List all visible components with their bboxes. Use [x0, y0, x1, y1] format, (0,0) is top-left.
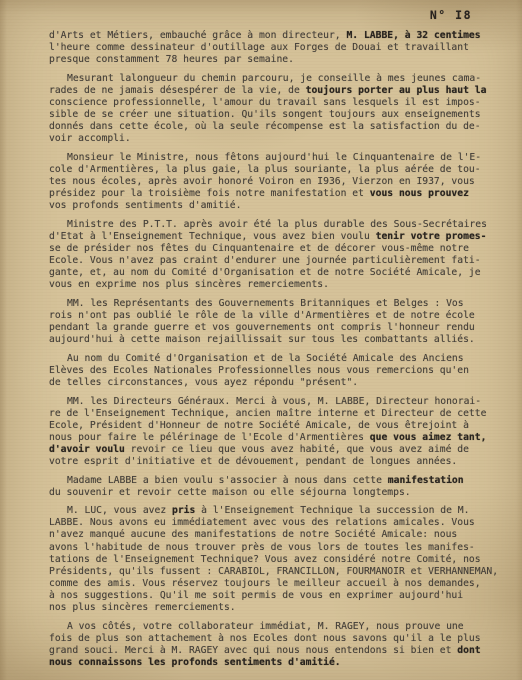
paragraph: Monsieur le Ministre, nous fêtons aujour…: [49, 152, 511, 212]
emphasized-text: nous connaissons les profonds sentiments…: [49, 657, 341, 668]
paragraph: Madame LABBE a bien voulu s'associer à n…: [49, 475, 511, 499]
emphasized-text: manifestation: [388, 475, 464, 486]
emphasized-text: M. LABBE, à 32 centimes: [346, 30, 480, 41]
document-page: N° I8 d'Arts et Métiers, embauché grâce …: [0, 0, 522, 680]
emphasized-text: toujours porter au plus haut la: [306, 85, 487, 96]
emphasized-text: tenir votre promes-: [376, 231, 487, 242]
paragraph: MM. les Représentants des Gouvernements …: [49, 298, 511, 346]
paragraph: d'Arts et Métiers, embauché grâce à mon …: [49, 30, 511, 66]
paragraph: A vos côtés, votre collaborateur immédia…: [49, 621, 511, 669]
paragraph: Ministre des P.T.T. après avoir été la p…: [49, 219, 511, 292]
paragraph: Au nom du Comité d'Organisation et de la…: [49, 353, 511, 389]
paragraph: M. LUC, vous avez pris à l'Enseignement …: [49, 505, 511, 614]
emphasized-text: vous nous prouvez: [370, 188, 469, 199]
emphasized-text: que vous aimez tant,: [370, 432, 487, 443]
emphasized-text: pris: [172, 505, 195, 516]
paragraph: MM. les Directeurs Généraux. Merci à vou…: [49, 396, 511, 469]
emphasized-text: d'avoir voulu: [49, 444, 125, 455]
document-body: d'Arts et Métiers, embauché grâce à mon …: [49, 30, 511, 676]
emphasized-text: dont: [457, 645, 480, 656]
paragraph: Mesurant lalongueur du chemin parcouru, …: [49, 73, 511, 146]
page-number: N° I8: [430, 8, 472, 22]
